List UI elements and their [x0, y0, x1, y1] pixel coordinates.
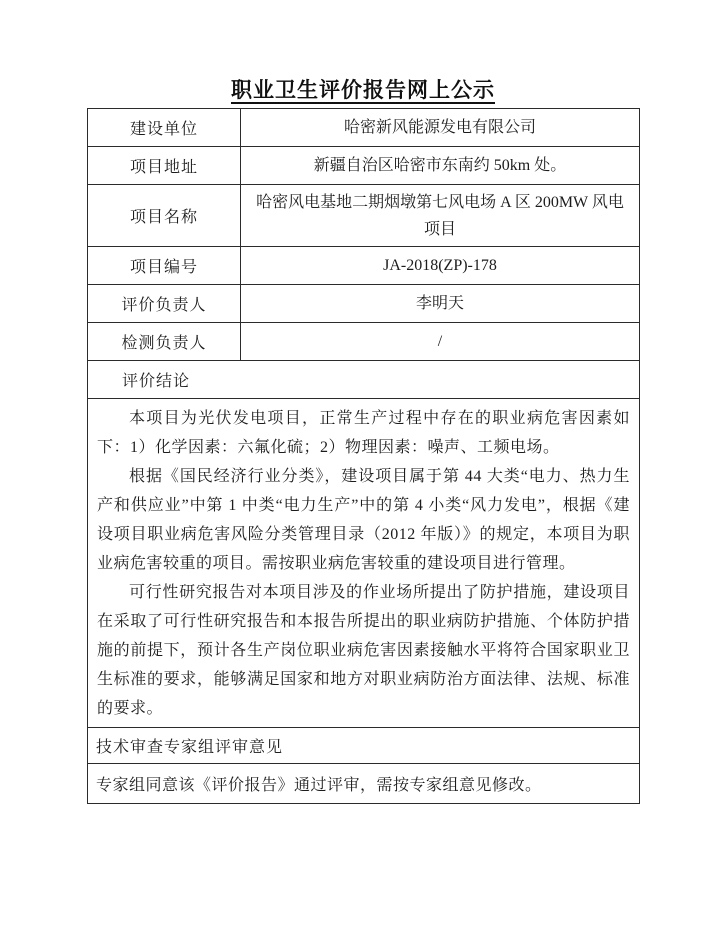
construction-unit-label: 建设单位	[88, 109, 241, 147]
testing-lead-value: /	[241, 323, 640, 361]
table-row-evaluation-lead: 评价负责人 李明天	[88, 285, 640, 323]
conclusion-paragraph-3: 可行性研究报告对本项目涉及的作业场所提出了防护措施，建设项目在采取了可行性研究报…	[97, 578, 630, 723]
table-row-conclusion-body: 本项目为光伏发电项目，正常生产过程中存在的职业病危害因素如下：1）化学因素：六氟…	[88, 399, 640, 728]
testing-lead-label: 检测负责人	[88, 323, 241, 361]
conclusion-header-label: 评价结论	[88, 361, 640, 399]
table-row-expert-opinion: 专家组同意该《评价报告》通过评审，需按专家组意见修改。	[88, 764, 640, 804]
conclusion-body: 本项目为光伏发电项目，正常生产过程中存在的职业病危害因素如下：1）化学因素：六氟…	[88, 399, 640, 728]
project-number-value: JA-2018(ZP)-178	[241, 247, 640, 285]
expert-header-label: 技术审查专家组评审意见	[88, 728, 640, 764]
project-number-label: 项目编号	[88, 247, 241, 285]
notice-table: 建设单位 哈密新风能源发电有限公司 项目地址 新疆自治区哈密市东南约 50km …	[87, 108, 640, 804]
project-name-value: 哈密风电基地二期烟墩第七风电场 A 区 200MW 风电项目	[241, 185, 640, 247]
table-row-construction-unit: 建设单位 哈密新风能源发电有限公司	[88, 109, 640, 147]
conclusion-paragraph-2: 根据《国民经济行业分类》，建设项目属于第 44 大类“电力、热力生产和供应业”中…	[97, 462, 630, 578]
expert-opinion-value: 专家组同意该《评价报告》通过评审，需按专家组意见修改。	[88, 764, 640, 804]
page-title: 职业卫生评价报告网上公示	[0, 74, 726, 104]
construction-unit-value: 哈密新风能源发电有限公司	[241, 109, 640, 147]
project-name-label: 项目名称	[88, 185, 241, 247]
table-row-testing-lead: 检测负责人 /	[88, 323, 640, 361]
table-row-conclusion-header: 评价结论	[88, 361, 640, 399]
project-address-label: 项目地址	[88, 147, 241, 185]
project-address-value: 新疆自治区哈密市东南约 50km 处。	[241, 147, 640, 185]
table-row-project-name: 项目名称 哈密风电基地二期烟墩第七风电场 A 区 200MW 风电项目	[88, 185, 640, 247]
table-row-project-number: 项目编号 JA-2018(ZP)-178	[88, 247, 640, 285]
table-row-expert-header: 技术审查专家组评审意见	[88, 728, 640, 764]
table-row-project-address: 项目地址 新疆自治区哈密市东南约 50km 处。	[88, 147, 640, 185]
evaluation-lead-label: 评价负责人	[88, 285, 241, 323]
evaluation-lead-value: 李明天	[241, 285, 640, 323]
conclusion-paragraph-1: 本项目为光伏发电项目，正常生产过程中存在的职业病危害因素如下：1）化学因素：六氟…	[97, 404, 630, 462]
